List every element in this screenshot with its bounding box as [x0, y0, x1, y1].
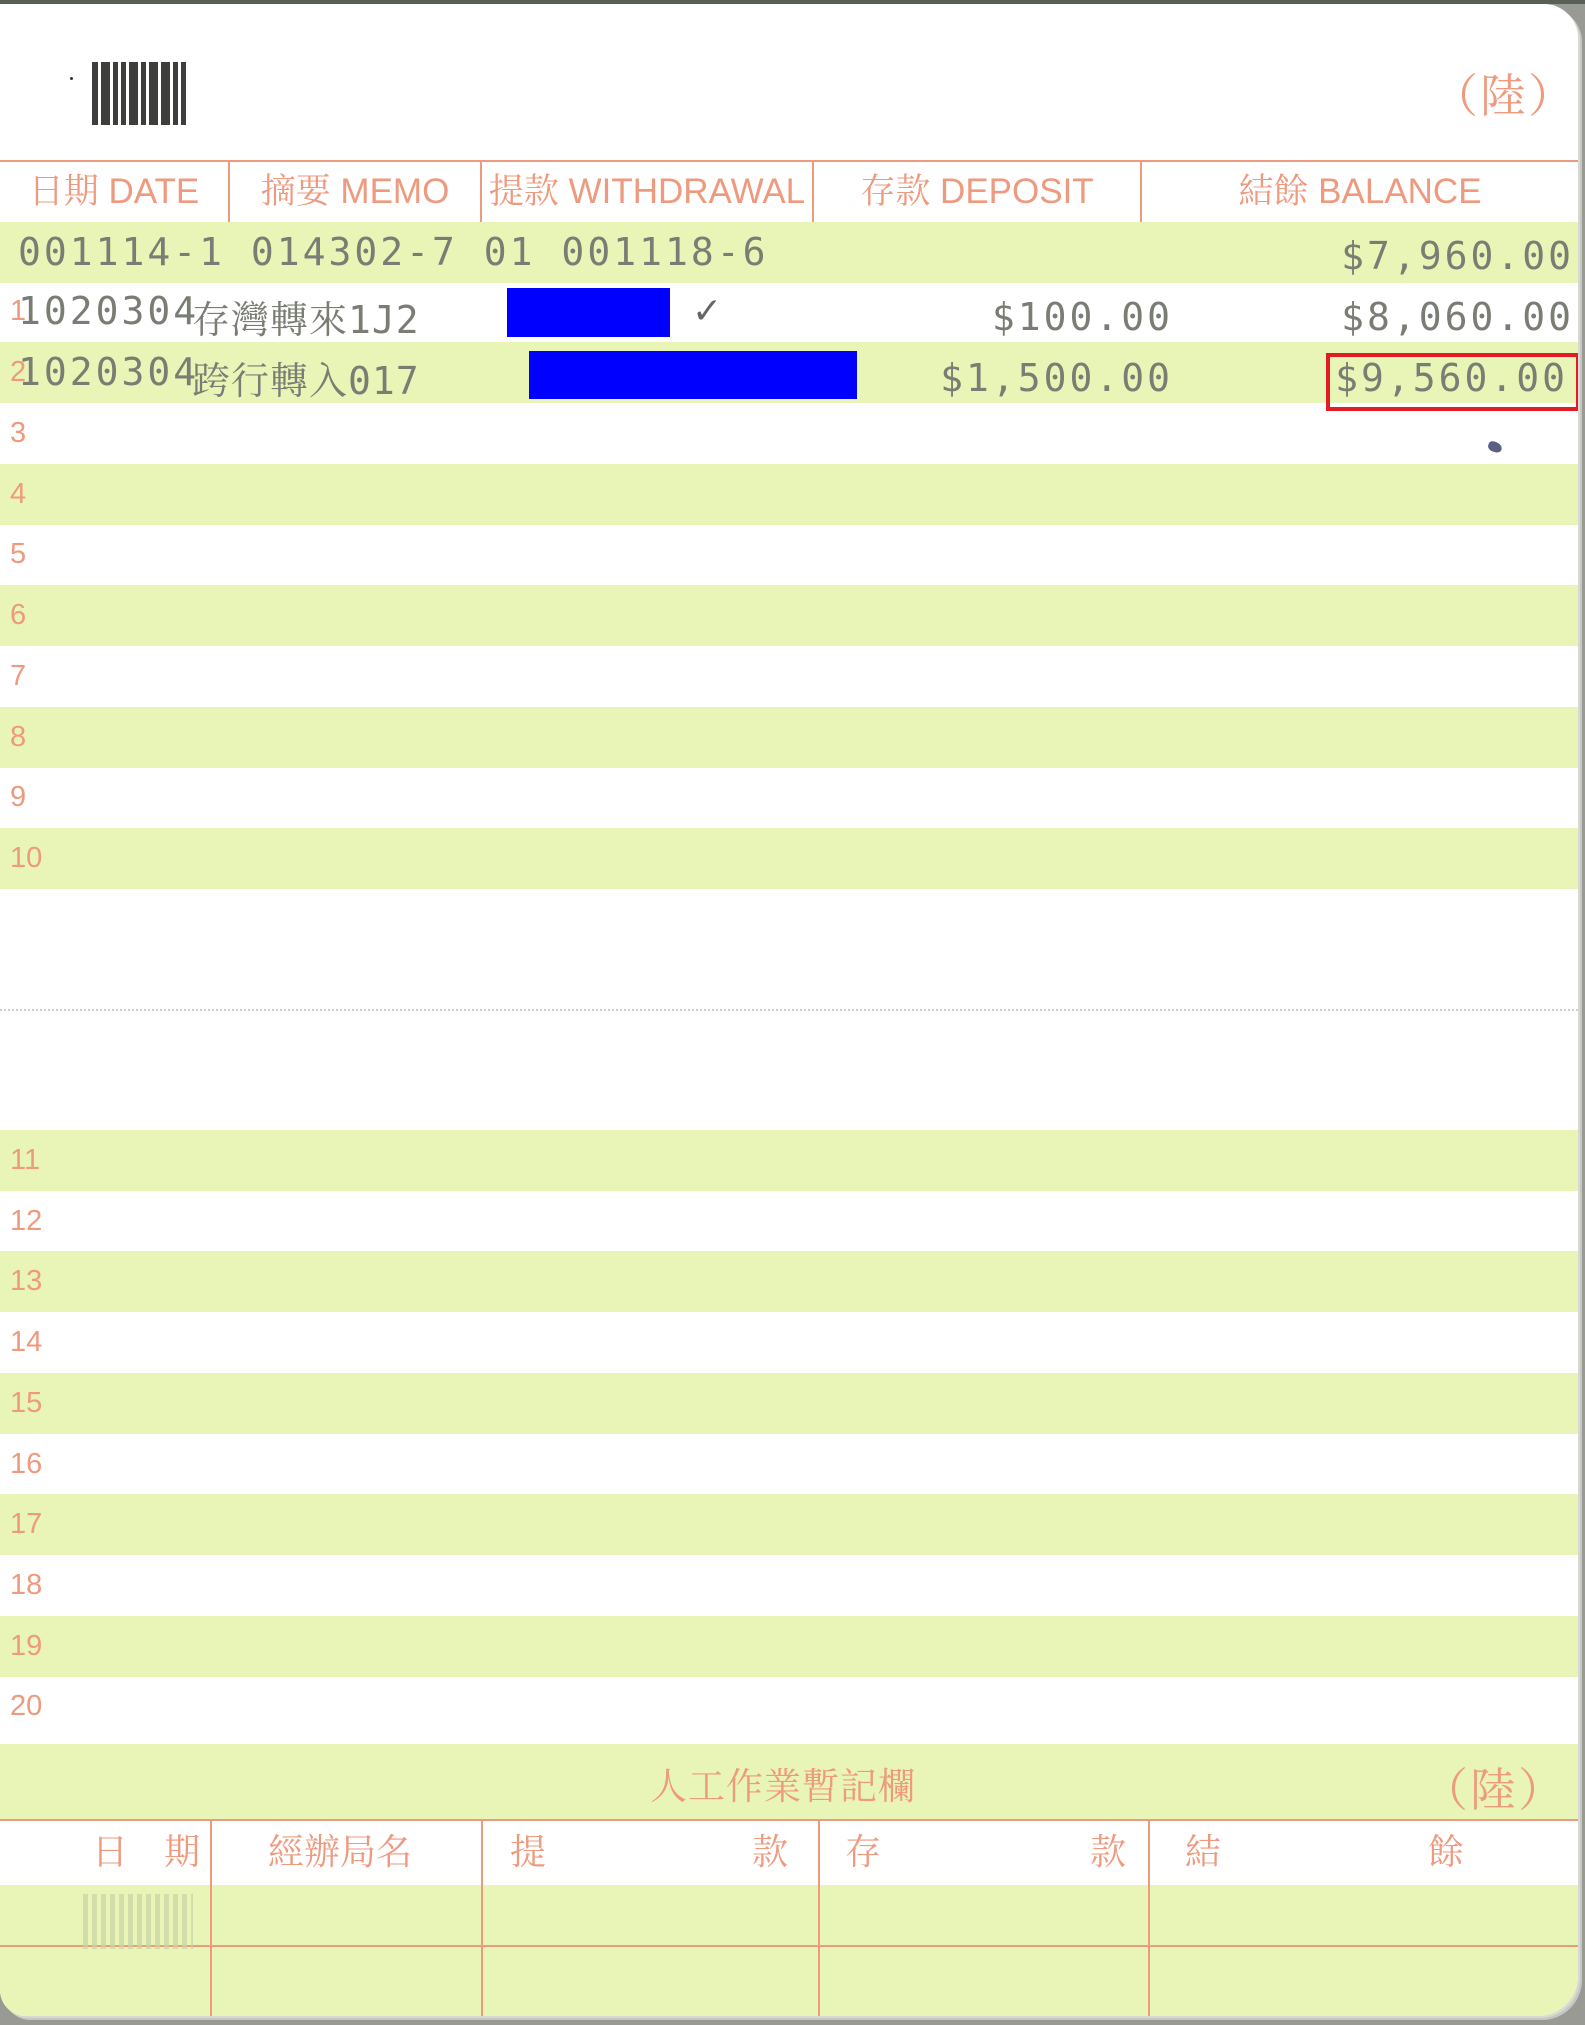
row-number: 11: [10, 1144, 40, 1177]
row-number: 5: [10, 538, 26, 571]
empty-row: 10: [0, 828, 1578, 889]
empty-row: 19: [0, 1616, 1578, 1677]
empty-row: 14: [0, 1312, 1578, 1373]
manual-header-withdrawal-left: 提: [510, 1821, 546, 1885]
deposit-amount: $100.00: [992, 295, 1173, 339]
transaction-date: 1020304: [18, 289, 199, 333]
manual-header-balance-right: 餘: [1428, 1821, 1464, 1885]
account-line-row: 001114-1 014302-7 01 001118-6 $7,960.00: [0, 222, 1578, 283]
manual-header-deposit-right: 款: [1090, 1821, 1126, 1885]
manual-section-title: 人工作業暫記欄: [650, 1756, 916, 1810]
account-number: 001114-1 014302-7 01 001118-6: [18, 230, 768, 274]
manual-header: 日 期 經辦局名 提 款 存 款 結 餘: [0, 1819, 1578, 1887]
speck: [70, 77, 73, 80]
header-withdrawal: 提款 WITHDRAWAL: [482, 162, 812, 222]
row-number: 20: [10, 1690, 42, 1723]
manual-header-date: 日 期: [92, 1821, 200, 1885]
empty-row: 5: [0, 524, 1578, 585]
row-number: 18: [10, 1569, 42, 1602]
deposit-amount: $1,500.00: [940, 356, 1173, 400]
row-number: 15: [10, 1387, 42, 1420]
divider: [210, 1821, 212, 2016]
empty-row: 17: [0, 1494, 1578, 1555]
manual-header-office: 經辦局名: [268, 1821, 412, 1885]
row-number: 13: [10, 1265, 42, 1298]
barcode-bar: [149, 62, 158, 125]
redaction-block: [529, 351, 857, 399]
empty-row: 12: [0, 1191, 1578, 1252]
transaction-memo: 跨行轉入017: [192, 350, 420, 405]
divider: [818, 1821, 820, 2016]
empty-row: 20: [0, 1676, 1578, 1737]
divider: [481, 1821, 483, 2016]
row-number: 9: [10, 781, 26, 814]
empty-row: 4: [0, 464, 1578, 525]
manual-header-withdrawal-right: 款: [752, 1821, 788, 1885]
transaction-memo: 存灣轉來1J2: [192, 289, 420, 344]
passbook-page: （陸） 日期 DATE 摘要 MEMO 提款 WITHDRAWAL 存款 DEP…: [0, 4, 1578, 2016]
divider: [1148, 1821, 1150, 2016]
empty-row: 16: [0, 1434, 1578, 1495]
redaction-block: [507, 288, 670, 337]
barcode-bar: [161, 62, 170, 125]
opening-balance: $7,960.00: [1341, 234, 1574, 278]
barcode-bar: [129, 62, 138, 125]
manual-header-balance-left: 結: [1185, 1821, 1221, 1885]
check-mark-icon: ✓: [692, 291, 722, 332]
ghost-barcode-icon: [83, 1894, 193, 1949]
empty-row: 3: [0, 403, 1578, 464]
manual-row: [0, 1947, 1578, 2016]
manual-header-deposit-left: 存: [845, 1821, 881, 1885]
row-number: 7: [10, 660, 26, 693]
barcode-icon: [92, 62, 208, 125]
barcode-bar: [101, 62, 110, 125]
balance-amount: $8,060.00: [1341, 295, 1574, 339]
row-number: 8: [10, 721, 26, 754]
header-balance: 結餘 BALANCE: [1142, 162, 1578, 222]
empty-row: 7: [0, 646, 1578, 707]
row-number: 16: [10, 1448, 42, 1481]
empty-row: 8: [0, 707, 1578, 768]
row-number: 14: [10, 1326, 42, 1359]
row-number: 10: [10, 842, 42, 875]
empty-row: 6: [0, 585, 1578, 646]
header-date: 日期 DATE: [0, 162, 228, 222]
row-number: 19: [10, 1630, 42, 1663]
branch-mark: （陸）: [1422, 1754, 1566, 1820]
row-number: 6: [10, 599, 26, 632]
row-number: 3: [10, 417, 26, 450]
branch-mark: （陸）: [1432, 60, 1576, 126]
empty-row: 11: [0, 1130, 1578, 1191]
header-memo: 摘要 MEMO: [230, 162, 480, 222]
empty-row: 13: [0, 1251, 1578, 1312]
row-number: 12: [10, 1205, 42, 1238]
empty-row: 9: [0, 767, 1578, 828]
transaction-date: 1020304: [18, 350, 199, 394]
column-header: 日期 DATE 摘要 MEMO 提款 WITHDRAWAL 存款 DEPOSIT…: [0, 160, 1578, 224]
row-number: 4: [10, 478, 26, 511]
fold-line: [0, 1009, 1578, 1011]
header-deposit: 存款 DEPOSIT: [814, 162, 1140, 222]
manual-row: [0, 1885, 1578, 1947]
transaction-row: 1 1020304 存灣轉來1J2 ✓ $100.00 $8,060.00: [0, 281, 1578, 342]
empty-row: 18: [0, 1555, 1578, 1616]
barcode-bar: [181, 62, 186, 125]
empty-row: 15: [0, 1373, 1578, 1434]
row-number: 17: [10, 1508, 42, 1541]
